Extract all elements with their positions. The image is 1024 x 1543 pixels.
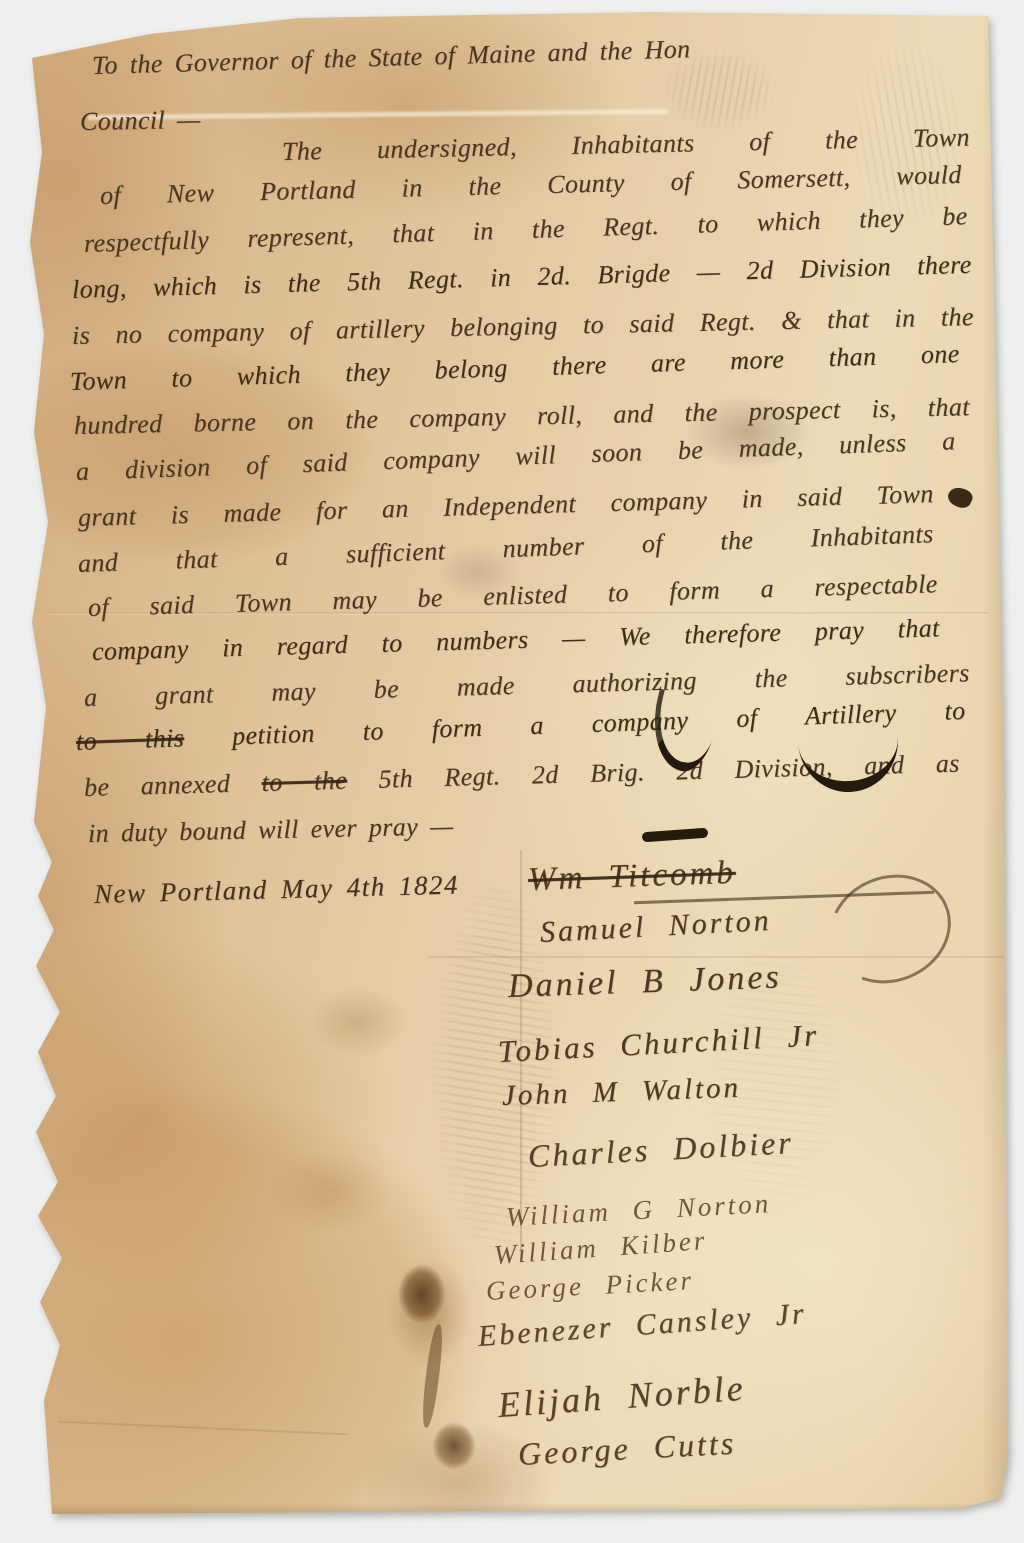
ink-drip	[420, 1324, 446, 1429]
petition-line: Council —	[80, 106, 201, 137]
petition-line: of New Portland in the County of Somerse…	[100, 161, 962, 211]
signature: Wm Titcomb	[527, 855, 736, 899]
petition-line: Town to which they belong there are more…	[70, 340, 960, 397]
struck-words: to the	[261, 766, 347, 797]
paper-sheet: To the Governor of the State of Maine an…	[28, 12, 1012, 1518]
petition-line: in duty bound will ever pray —	[88, 812, 454, 848]
petition-line: company in regard to numbers — We theref…	[92, 614, 940, 666]
date-line: New Portland May 4th 1824	[94, 870, 460, 909]
petition-line: long, which is the 5th Regt. in 2d. Brig…	[72, 251, 972, 305]
petition-line: respectfully represent, that in the Regt…	[84, 202, 968, 258]
signature: George Picker	[485, 1265, 695, 1307]
ink-flourish	[798, 731, 903, 796]
ink-dash	[642, 828, 709, 843]
scanned-petition: To the Governor of the State of Maine an…	[0, 0, 1024, 1543]
petition-line: To the Governor of the State of Maine an…	[92, 28, 964, 81]
ink-blot	[398, 1264, 446, 1324]
signature: Ebenezer Cansley Jr	[477, 1297, 808, 1354]
signature: George Cutts	[517, 1425, 737, 1473]
petition-line-text: be annexed	[84, 768, 262, 802]
fold-crease	[58, 1421, 348, 1436]
struck-words: to this	[75, 723, 184, 756]
ink-blot	[945, 484, 975, 511]
ink-blot	[432, 1422, 476, 1470]
signature: Elijah Norble	[497, 1367, 747, 1426]
